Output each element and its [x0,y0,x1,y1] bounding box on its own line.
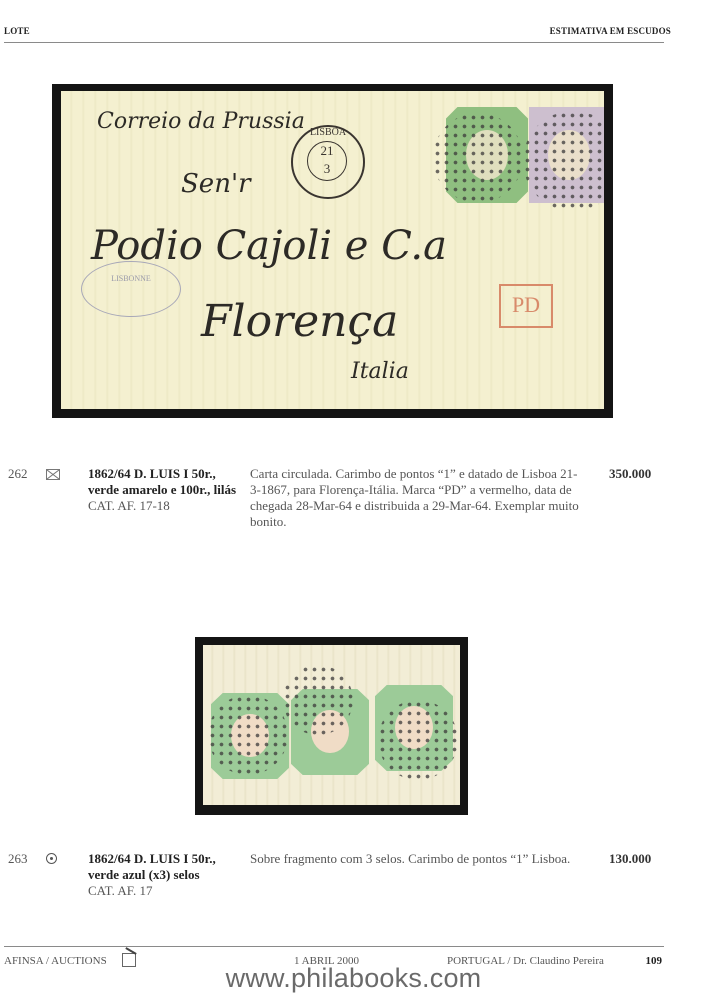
lot-catalog: CAT. AF. 17 [88,883,238,899]
lot-title: 1862/64 D. LUIS I 50r., verde azul (x3) … [88,851,238,899]
lot-description: Carta circulada. Carimbo de pontos “1” e… [250,466,580,530]
lisboa-postmark: LISBOA 21 3 [291,125,365,199]
cover-handwriting-line-2: Sen'r [181,169,251,199]
dotted-cancel-mark [378,700,458,780]
dotted-cancel-mark [283,665,353,735]
used-stamp-icon [46,851,60,865]
cover-paper: Correio da Prussia Sen'r Podio Cajoli e … [61,91,604,409]
lot-title: 1862/64 D. LUIS I 50r., verde amarelo e … [88,466,238,514]
fragment-paper [203,645,460,805]
envelope-icon [46,466,60,480]
lot-estimate: 350.000 [609,466,651,482]
header-estimate-label: ESTIMATIVA EM ESCUDOS [550,26,671,36]
lot-number: 262 [8,466,28,482]
cover-handwriting-line-5: Italia [351,359,409,384]
lot-number: 263 [8,851,28,867]
oval-cachet: LISBONNE [81,261,181,317]
lot-estimate: 130.000 [609,851,651,867]
lot-catalog: CAT. AF. 17-18 [88,498,238,514]
dotted-cancel-mark [208,695,288,775]
pd-red-mark: PD [499,284,553,328]
lot-262-cover-image: Correio da Prussia Sen'r Podio Cajoli e … [52,84,613,418]
cover-handwriting-line-4: Florença [201,296,398,347]
watermark-url: www.philabooks.com [0,963,707,994]
dotted-cancel-mark [433,113,523,203]
lot-263-fragment-image [195,637,468,815]
footer-divider [4,946,664,947]
header-lot-label: LOTE [4,26,30,36]
cover-handwriting-line-1: Correio da Prussia [97,109,305,134]
header-divider [4,42,664,43]
postmark-date: 21 3 [307,141,347,181]
lot-description: Sobre fragmento com 3 selos. Carimbo de … [250,851,580,867]
